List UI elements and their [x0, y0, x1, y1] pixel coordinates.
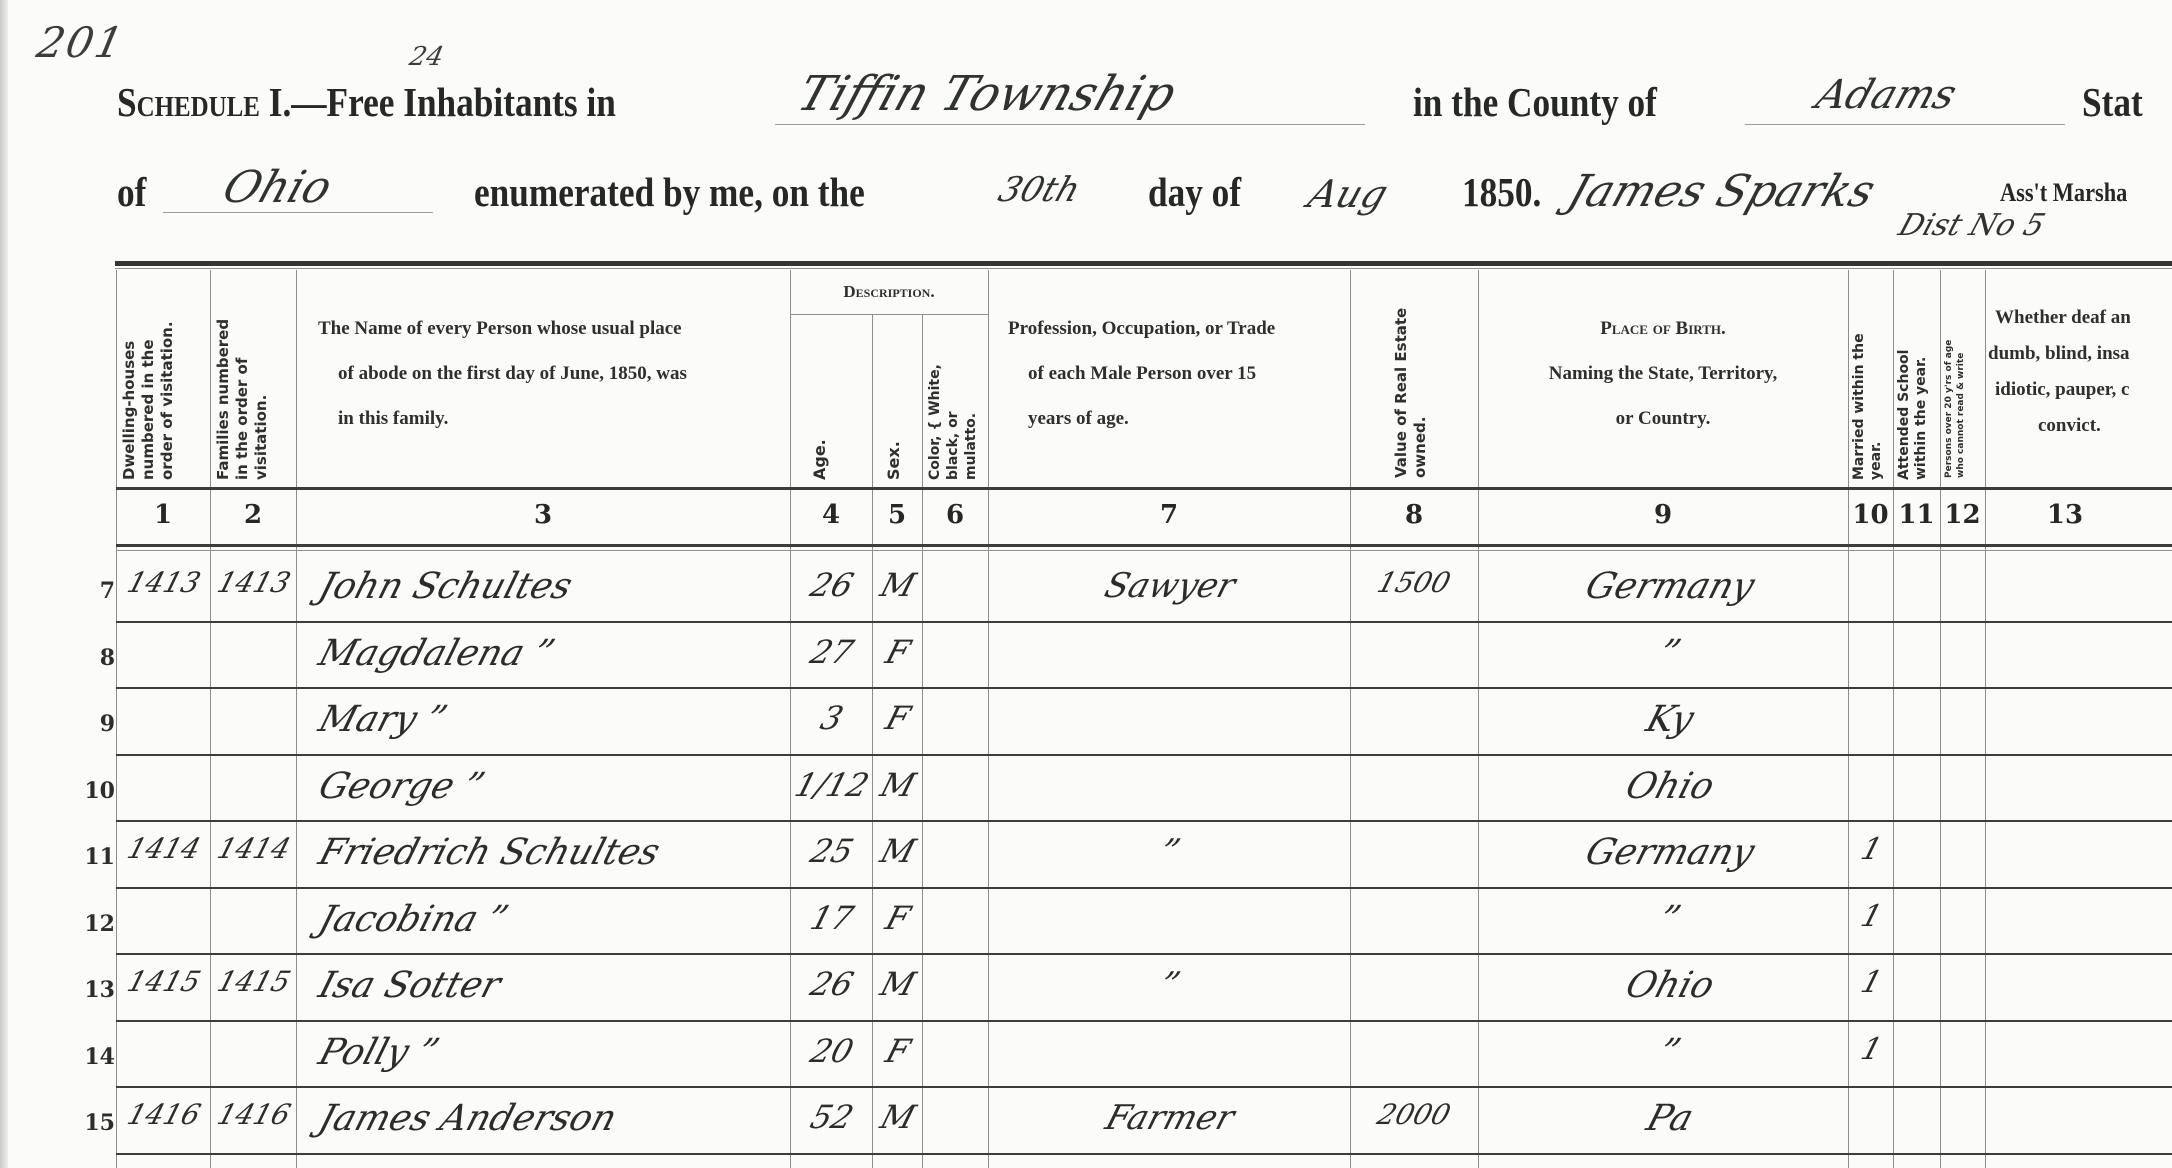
- cell-sex: M: [869, 832, 928, 870]
- state-value: Ohio: [217, 162, 339, 213]
- cell-dwelling: 1415: [113, 965, 214, 998]
- cell-age: 52: [787, 1098, 878, 1136]
- cell-family: 1414: [207, 832, 300, 865]
- handwritten-line-note: 24: [407, 42, 446, 72]
- county-fill-line: [1745, 124, 2065, 125]
- col-number-7: 7: [988, 500, 1350, 530]
- description-group-rule: [790, 314, 988, 315]
- cell-age: 20: [787, 1032, 878, 1070]
- cell-occupation: Farmer: [994, 1098, 1345, 1138]
- col13-header-line: convict.: [2038, 408, 2101, 444]
- cell-name: Polly ”: [314, 1032, 786, 1073]
- marshal-label: Ass't Marsha: [2000, 178, 2127, 208]
- cell-sex: M: [869, 566, 928, 604]
- col-number-3: 3: [296, 500, 790, 530]
- day-value: 30th: [994, 170, 1086, 210]
- line-number: 14: [60, 1044, 115, 1070]
- grid-line: [296, 270, 297, 1168]
- cell-age: 17: [787, 899, 878, 937]
- table-top-rule: [115, 261, 2172, 266]
- col5-header: Sex.: [884, 420, 914, 480]
- table-top-thin-rule: [115, 268, 2172, 269]
- cell-name: Jacobina ”: [314, 899, 786, 940]
- township-value: Tiffin Township: [791, 66, 1183, 122]
- col3-header-line: of abode on the first day of June, 1850,…: [338, 350, 687, 397]
- state-label: Stat: [2082, 78, 2143, 126]
- col-number-2: 2: [210, 500, 296, 530]
- cell-sex: F: [869, 699, 928, 737]
- row-rule: [116, 1086, 2172, 1088]
- cell-dwelling: 1414: [113, 832, 214, 865]
- col12-header: Persons over 20 y'rs of age who cannot r…: [1943, 278, 1983, 478]
- col-number-4: 4: [790, 500, 872, 530]
- grid-line: [1350, 270, 1351, 1168]
- line-number: 9: [60, 711, 115, 737]
- row-rule: [116, 1153, 2172, 1155]
- grid-line: [988, 270, 989, 1168]
- col-number-12: 12: [1940, 500, 1985, 530]
- row-rule: [116, 953, 2172, 955]
- cell-dwelling: 1413: [113, 566, 214, 599]
- col-number-13: 13: [1985, 500, 2145, 530]
- cell-real-estate: 1500: [1347, 566, 1480, 599]
- cell-family: 1415: [207, 965, 300, 998]
- col10-header: Married within the year.: [1851, 280, 1891, 480]
- grid-line: [1848, 270, 1849, 1168]
- county-value: Adams: [1811, 72, 1963, 118]
- col-number-1: 1: [116, 500, 210, 530]
- col-number-6: 6: [922, 500, 988, 530]
- cell-birthplace: Ky: [1494, 699, 1846, 740]
- cell-name: John Schultes: [314, 566, 786, 607]
- grid-line: [210, 270, 211, 1168]
- row-rule: [116, 754, 2172, 756]
- cell-birthplace: Ohio: [1494, 965, 1846, 1006]
- col-number-8: 8: [1350, 500, 1478, 530]
- cell-sex: F: [869, 899, 928, 937]
- col3-header-line: in this family.: [338, 395, 448, 442]
- cell-family: 1416: [207, 1098, 300, 1131]
- cell-birthplace: Germany: [1494, 566, 1846, 607]
- cell-married: 1: [1845, 899, 1898, 934]
- row-rule: [116, 687, 2172, 689]
- district-value: Dist No 5: [1894, 208, 2049, 243]
- col13-header-line: dumb, blind, insa: [1988, 336, 2130, 372]
- day-of-label: day of: [1148, 168, 1241, 216]
- col8-header: Value of Real Estate owned.: [1392, 278, 1452, 478]
- cell-age: 26: [787, 965, 878, 1003]
- col-number-11: 11: [1893, 500, 1940, 530]
- cell-birthplace: Germany: [1494, 832, 1846, 873]
- grid-line: [116, 270, 117, 1168]
- cell-birthplace: Ohio: [1494, 766, 1846, 807]
- cell-birthplace: ”: [1494, 899, 1846, 940]
- number-row-thin-rule: [116, 550, 2172, 551]
- col-number-10: 10: [1848, 500, 1893, 530]
- row-rule: [116, 820, 2172, 822]
- col3-header-line: The Name of every Person whose usual pla…: [318, 305, 682, 352]
- line-number: 10: [60, 778, 115, 804]
- cell-name: Magdalena ”: [314, 633, 786, 674]
- cell-sex: M: [869, 965, 928, 1003]
- col-number-5: 5: [872, 500, 922, 530]
- cell-married: 1: [1845, 832, 1898, 867]
- scan-edge: [0, 0, 8, 1168]
- col-number-9: 9: [1478, 500, 1848, 530]
- line-number: 8: [60, 645, 115, 671]
- marshal-signature: James Sparks: [1562, 166, 1882, 217]
- enumerated-label: enumerated by me, on the: [474, 168, 865, 216]
- cell-birthplace: ”: [1494, 1032, 1846, 1073]
- cell-birthplace: Pa: [1494, 1098, 1846, 1139]
- cell-sex: M: [869, 1098, 928, 1136]
- cell-occupation: ”: [994, 965, 1345, 1005]
- cell-dwelling: 1416: [113, 1098, 214, 1131]
- page-number: 201: [33, 18, 130, 67]
- description-group-label: Description.: [790, 272, 988, 312]
- row-rule: [116, 621, 2172, 623]
- line-number: 7: [60, 578, 115, 604]
- cell-sex: F: [869, 633, 928, 671]
- col4-header: Age.: [810, 420, 850, 480]
- line-number: 12: [60, 911, 115, 937]
- cell-age: 27: [787, 633, 878, 671]
- cell-age: 1/12: [787, 766, 878, 804]
- cell-name: Friedrich Schultes: [314, 832, 786, 873]
- row-rule: [116, 887, 2172, 889]
- col9-header-line: Naming the State, Territory,: [1478, 350, 1848, 397]
- of-label: of: [117, 168, 146, 216]
- grid-line: [1940, 270, 1941, 1168]
- grid-line: [1985, 270, 1986, 1168]
- number-row-rule: [116, 544, 2172, 547]
- schedule-title: Schedule I.—Free Inhabitants in: [117, 78, 616, 126]
- line-number: 11: [60, 844, 115, 870]
- cell-real-estate: 2000: [1347, 1098, 1480, 1131]
- cell-family: 1413: [207, 566, 300, 599]
- cell-age: 26: [787, 566, 878, 604]
- cell-name: George ”: [314, 766, 786, 807]
- cell-occupation: ”: [994, 832, 1345, 872]
- line-number: 13: [60, 977, 115, 1003]
- county-label: in the County of: [1413, 78, 1657, 126]
- header-bottom-rule: [116, 487, 2172, 490]
- cell-age: 3: [787, 699, 878, 737]
- cell-married: 1: [1845, 1032, 1898, 1067]
- col6-header: Color, { White, black, or mulatto.: [926, 318, 986, 480]
- cell-name: James Anderson: [314, 1098, 786, 1139]
- col9-header-line: Place of Birth.: [1478, 305, 1848, 352]
- col9-header-line: or Country.: [1478, 395, 1848, 442]
- col7-header-line: Profession, Occupation, or Trade: [1008, 305, 1275, 352]
- township-fill-line: [775, 124, 1365, 125]
- row-rule: [116, 1020, 2172, 1022]
- col1-header: Dwelling-houses numbered in the order of…: [120, 280, 206, 480]
- schedule-label: Schedule I.: [117, 79, 291, 125]
- cell-name: Mary ”: [314, 699, 786, 740]
- col11-header: Attended School within the year.: [1896, 280, 1938, 480]
- cell-sex: F: [869, 1032, 928, 1070]
- col2-header: Families numbered in the order of visita…: [214, 280, 294, 480]
- col7-header-line: years of age.: [1028, 395, 1129, 442]
- cell-birthplace: ”: [1494, 633, 1846, 674]
- year-label: 1850.: [1462, 168, 1541, 216]
- line-number: 15: [60, 1110, 115, 1136]
- col13-header-line: idiotic, pauper, c: [1995, 372, 2129, 408]
- month-value: Aug: [1303, 172, 1394, 216]
- cell-occupation: Sawyer: [994, 566, 1345, 606]
- cell-married: 1: [1845, 965, 1898, 1000]
- cell-name: Isa Sotter: [314, 965, 786, 1006]
- col7-header-line: of each Male Person over 15: [1028, 350, 1256, 397]
- cell-sex: M: [869, 766, 928, 804]
- col13-header-line: Whether deaf an: [1995, 300, 2131, 336]
- cell-age: 25: [787, 832, 878, 870]
- schedule-heading: —Free Inhabitants in: [291, 79, 616, 125]
